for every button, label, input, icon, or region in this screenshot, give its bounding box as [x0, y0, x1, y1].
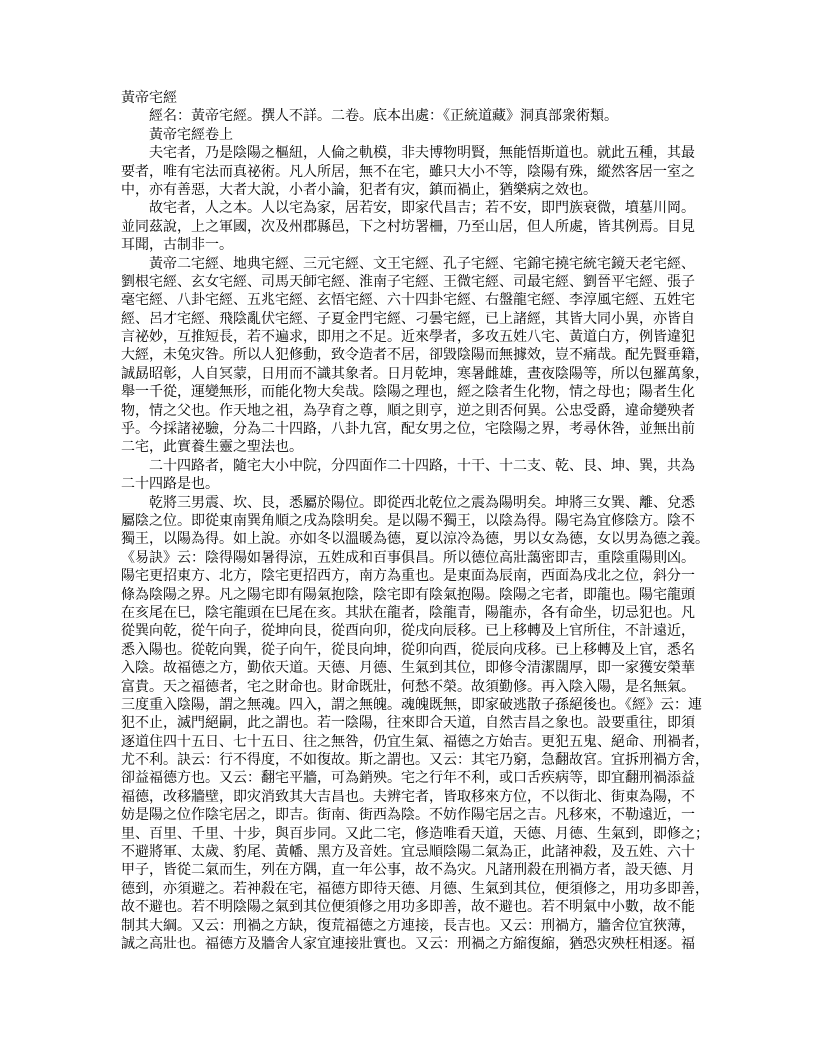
text-line: 逐道住四十五日、七十五日、往之無咎，仍宜生氣、福德之方始吉。更犯五鬼、絕命、刑禍…	[121, 733, 711, 751]
text-line: 德到，亦須避之。若神殺在宅，福德方即待天德、月德、生氣到其位，便須修之，用功多即…	[121, 880, 711, 898]
text-line: 屬陰之位。即從東南巽角順之戌為陰明矣。是以陽不獨王，以陰為得。陽宅為宜修陰方。陰…	[121, 512, 711, 530]
text-line: 舉一千從，運變無形，而能化物大矣哉。陰陽之理也，經之陰者生化物，情之母也；陽者生…	[121, 383, 711, 401]
text-line: 誠之高壯也。福德方及牆舍人家宜連接壯實也。又云：刑禍之方縮復縮，猶恐灾殃枉相逐。…	[121, 935, 711, 953]
text-line: 乎。今採諸祕驗，分為二十四路，八卦九宮，配女男之位，宅陰陽之界，考尋休咎，並無出…	[121, 420, 711, 438]
paragraph-1: 夫宅者，乃是陰陽之樞紐，人倫之軌模，非夫博物明賢，無能悟斯道也。就此五種，其最 …	[121, 144, 711, 199]
text-line: 毫宅經、八卦宅經、五兆宅經、玄悟宅經、六十四卦宅經、右盤龍宅經、李淳風宅經、五姓…	[121, 291, 711, 309]
text-line: 二十四路是也。	[121, 475, 711, 493]
text-line: 入陰。故福德之方，勤依天道。天德、月德、生氣到其位，即修令清潔闊厚，即一家獲安榮…	[121, 659, 711, 677]
text-line: 從巽向乾，從午向子，從坤向艮，從酉向卯，從戌向辰移。已上移轉及上官所住，不計遠近…	[121, 622, 711, 640]
text-line: 乾將三男震、坎、艮，悉屬於陽位。即從西北乾位之震為陽明矣。坤將三女巽、離、兌悉	[121, 494, 711, 512]
text-line: 要者，唯有宅法而真祕術。凡人所居，無不在宅，雖只大小不等，陰陽有殊，縱然客居一室…	[121, 163, 711, 181]
text-line: 中，亦有善惡，大者大說，小者小論，犯者有灾，鎮而禍止，猶樂病之效也。	[121, 181, 711, 199]
text-line: 在亥尾在巳，陰宅龍頭在巳尾在亥。其狀在龍者，陰龍青，陽龍赤，各有命坐，切忌犯也。…	[121, 604, 711, 622]
text-line: 二宅，此實養生靈之聖法也。	[121, 438, 711, 456]
text-line: 富貴。天之福德者，宅之財命也。財命既壯，何愁不榮。故須勤修。再入陰入陽，是名無氣…	[121, 678, 711, 696]
text-line: 獨王，以陽為得。如上說。亦如冬以溫暖為德，夏以涼冷為德，男以女為德，女以男為德之…	[121, 530, 711, 548]
text-line: 三度重入陰陽，謂之無魂。四入，謂之無魄。魂魄既無，即家破逃散子孫絕後也。《經》云…	[121, 696, 711, 714]
text-line: 夫宅者，乃是陰陽之樞紐，人倫之軌模，非夫博物明賢，無能悟斯道也。就此五種，其最	[121, 144, 711, 162]
text-line: 里、百里、千里、十步，與百步同。又此二宅，修造唯看天道，天德、月德、生氣到，即修…	[121, 825, 711, 843]
text-line: 福德，改移牆壁，即灾消致其大吉昌也。夫辨宅者，皆取移來方位，不以街北、街東為陽，…	[121, 788, 711, 806]
text-line: 劉根宅經、玄女宅經、司馬天師宅經、淮南子宅經、王微宅經、司最宅經、劉晉平宅經、張…	[121, 273, 711, 291]
text-line: 甲子，皆從二氣而生，列在方隅，直一年公事，故不為灾。凡諸刑殺在刑禍方者，設天德、…	[121, 861, 711, 879]
text-line: 條為陰陽之界。凡之陽宅即有陽氣抱陰，陰宅即有陰氣抱陽。陰陽之宅者，即龍也。陽宅龍…	[121, 586, 711, 604]
paragraph-4: 二十四路者，隨宅大小中院，分四面作二十四路，十干、十二支、乾、艮、坤、巽，共為 …	[121, 457, 711, 494]
source-note: 經名：黃帝宅經。撰人不詳。二卷。底本出處：《正統道藏》洞真部衆術類。	[121, 107, 711, 125]
text-line: 《易訣》云：陰得陽如暑得涼，五姓成和百事俱昌。所以德位高壯藹密即吉，重陰重陽則凶…	[121, 549, 711, 567]
text-line: 卻益福德方也。又云：翻宅平牆，可為銷殃。宅之行年不利，或口舌疾病等，即宜翻刑禍添…	[121, 769, 711, 787]
text-line: 二十四路者，隨宅大小中院，分四面作二十四路，十干、十二支、乾、艮、坤、巽，共為	[121, 457, 711, 475]
text-line: 故不避也。若不明陰陽之氣到其位便須修之用功多即善，故不避也。若不明氣中小數，故不…	[121, 898, 711, 916]
document-page: 黃帝宅經 經名：黃帝宅經。撰人不詳。二卷。底本出處：《正統道藏》洞真部衆術類。 …	[121, 89, 711, 953]
text-line: 不避將軍、太歲、豹尾、黃幡、黑方及音姓。宜忌順陰陽二氣為正，此諸神殺，及五姓、六…	[121, 843, 711, 861]
text-line: 妨是陽之位作陰宅居之，即吉。街南、街西為陰。不妨作陽宅居之吉。凡移來，不勒遠近，…	[121, 806, 711, 824]
text-line: 陽宅更招東方、北方，陰宅更招西方，南方為重也。是東面為辰南，西面為戌北之位，斜分…	[121, 567, 711, 585]
text-line: 經、呂才宅經、飛陰亂伏宅經、子夏金門宅經、刁曇宅經，已上諸經，其皆大同小異，亦皆…	[121, 310, 711, 328]
text-line: 悉入陽也。從乾向巽，從子向午，從艮向坤，從卯向酉，從辰向戌移。已上移轉及上官，悉…	[121, 641, 711, 659]
paragraph-2: 故宅者，人之本。人以宅為家，居若安，即家代昌吉；若不安，即門族衰微，墳墓川岡。 …	[121, 199, 711, 254]
paragraph-5: 乾將三男震、坎、艮，悉屬於陽位。即從西北乾位之震為陽明矣。坤將三女巽、離、兌悉 …	[121, 494, 711, 954]
document-title: 黃帝宅經	[121, 89, 711, 107]
text-line: 耳聞，古制非一。	[121, 236, 711, 254]
text-line: 犯不止，滅門絕嗣，此之謂也。若一陰陽，往來即合天道，自然吉昌之象也。設要重往，即…	[121, 714, 711, 732]
text-line: 故宅者，人之本。人以宅為家，居若安，即家代昌吉；若不安，即門族衰微，墳墓川岡。	[121, 199, 711, 217]
paragraph-3: 黃帝二宅經、地典宅經、三元宅經、文王宅經、孔子宅經、宅錦宅撓宅統宅鏡天老宅經、 …	[121, 255, 711, 457]
text-line: 制其大綱。又云：刑禍之方缺，復荒福德之方連接，長吉也。又云：刑禍方，牆舍位宜狹薄…	[121, 917, 711, 935]
text-line: 言祕妙，互推短長，若不遍求，即用之不足。近來學者，多攻五姓八宅、黃道白方，例皆違…	[121, 328, 711, 346]
text-line: 誠勗昭彰，人自冥蒙，日用而不識其象者。日月乾坤，寒暑雌雄，晝夜陰陽等，所以包羅萬…	[121, 365, 711, 383]
text-line: 並同茲說，上之軍國，次及州郡縣邑，下之村坊署柵，乃至山居，但人所處，皆其例焉。目…	[121, 218, 711, 236]
text-line: 物，情之父也。作天地之祖，為孕育之尊，順之則亨，逆之則否何異。公忠受爵，違命變殃…	[121, 402, 711, 420]
text-line: 尤不利。訣云：行不得度，不如復故。斯之謂也。又云：其宅乃窮，急翻故宮。宜拆刑禍方…	[121, 751, 711, 769]
volume-heading: 黃帝宅經卷上	[121, 126, 711, 144]
text-line: 大經，未兔灾咎。所以人犯修動，致令造者不居，卻毀陰陽而無據效，豈不痛哉。配先賢垂…	[121, 346, 711, 364]
text-line: 黃帝二宅經、地典宅經、三元宅經、文王宅經、孔子宅經、宅錦宅撓宅統宅鏡天老宅經、	[121, 255, 711, 273]
